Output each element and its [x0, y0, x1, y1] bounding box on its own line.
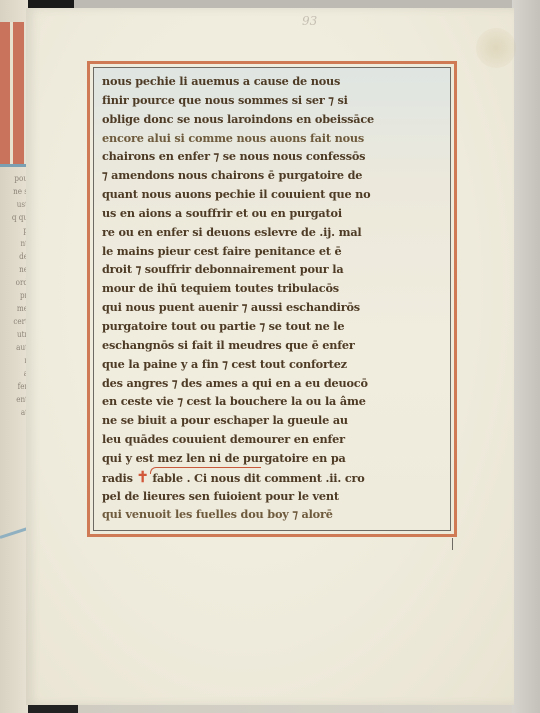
text-line: ne se biuit a pour eschaper la gueule au	[102, 411, 439, 430]
text-line: leu quādes couuient demourer en enfer	[102, 430, 439, 449]
text-line: re ou en enfer si deuons eslevre de .ij.…	[102, 223, 439, 242]
text-line: eschangnōs si fait il meudres que ē enfe…	[102, 336, 439, 355]
manuscript-viewer: pou ne s ust q qu p nt de ne ord pr me c…	[0, 0, 540, 713]
previous-page-illumination-border	[0, 164, 26, 167]
text-block-ruling: nous pechie li auemus a cause de nous fi…	[93, 67, 451, 531]
text-line: en ceste vie ⁊ cest la bouchere la ou la…	[102, 392, 439, 411]
text-line: encore alui si comme nous auons fait nou…	[102, 129, 439, 148]
text-line: qui venuoit les fuelles dou boy ⁊ alorē	[102, 505, 439, 524]
text-line: nous pechie li auemus a cause de nous	[102, 72, 439, 91]
rubric-initial: ✝	[136, 468, 148, 486]
previous-page-illumination	[0, 22, 24, 164]
text-line: ⁊ amendons nous chairons ē purgatoire de	[102, 166, 439, 185]
folio-number: 93	[302, 14, 317, 28]
text-line: chairons en enfer ⁊ se nous nous confess…	[102, 147, 439, 166]
text-line: que la paine y a fin ⁊ cest tout confort…	[102, 355, 439, 374]
text-block-frame: nous pechie li auemus a cause de nous fi…	[87, 61, 457, 537]
text-line: finir pource que nous sommes si ser ⁊ si	[102, 91, 439, 110]
text-line: des angres ⁊ des ames a qui en a eu deuo…	[102, 374, 439, 393]
backing-board-right	[512, 0, 540, 713]
text-line: qui nous puent auenir ⁊ aussi eschandirō…	[102, 298, 439, 317]
text-line: le mains pieur cest faire penitance et ē	[102, 242, 439, 261]
text-line: quant nous auons pechie il couuient que …	[102, 185, 439, 204]
folio-page: 93 nous pechie li auemus a cause de nous…	[26, 8, 514, 705]
text-line: qui y est mez len ni de purgatoire en pa	[102, 449, 439, 468]
text-line: us en aions a souffrir et ou en purgatoi	[102, 204, 439, 223]
text-line: oblige donc se nous laroindons en obeiss…	[102, 110, 439, 129]
previous-page-text: pou ne s ust q qu p nt de ne ord pr me c…	[3, 172, 28, 419]
text-line: mour de ihū tequiem toutes tribulacōs	[102, 279, 439, 298]
text-line: purgatoire tout ou partie ⁊ se tout ne l…	[102, 317, 439, 336]
text-line: pel de lieures sen fuioient pour le vent	[102, 487, 439, 506]
previous-page-bottom-rule	[0, 527, 27, 539]
ruling-tick	[452, 538, 453, 550]
text-line: droit ⁊ souffrir debonnairement pour la	[102, 260, 439, 279]
previous-page-edge: pou ne s ust q qu p nt de ne ord pr me c…	[0, 0, 28, 713]
rubric-flourish	[150, 467, 261, 474]
text-block: nous pechie li auemus a cause de nous fi…	[102, 72, 446, 524]
parchment-stain	[476, 28, 516, 68]
